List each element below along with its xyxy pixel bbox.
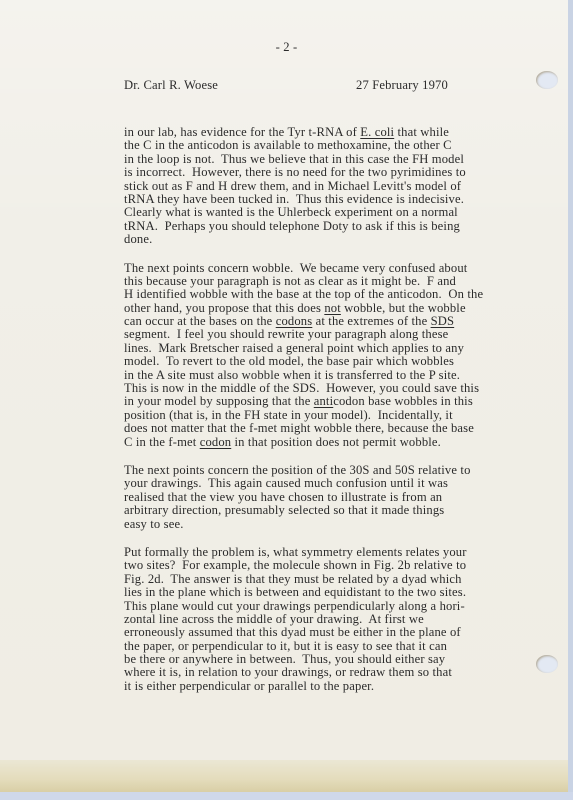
text-segment: in our lab, has evidence for the Tyr t-R… — [124, 125, 360, 139]
underlined-text: SDS — [431, 314, 455, 328]
text-segment: realised that the view you have chosen t… — [124, 490, 442, 504]
text-segment: arbitrary direction, presumably selected… — [124, 503, 444, 517]
text-segment: this because your paragraph is not as cl… — [124, 274, 456, 288]
page-fold-edge — [0, 760, 568, 792]
text-segment: in your model by supposing that the — [124, 394, 314, 408]
text-line: zontal line across the middle of your dr… — [124, 613, 524, 626]
text-segment: in that position does not permit wobble. — [231, 435, 441, 449]
text-line: This is now in the middle of the SDS. Ho… — [124, 382, 524, 395]
underlined-text: not — [324, 301, 341, 315]
text-line: erroneously assumed that this dyad must … — [124, 626, 524, 639]
text-line: tRNA. Perhaps you should telephone Doty … — [124, 220, 524, 233]
text-line: lies in the plane which is between and e… — [124, 586, 524, 599]
text-segment: erroneously assumed that this dyad must … — [124, 625, 461, 639]
text-line: Fig. 2d. The answer is that they must be… — [124, 573, 524, 586]
text-segment: where it is, in relation to your drawing… — [124, 665, 452, 679]
text-segment: be there or anywhere in between. Thus, y… — [124, 652, 445, 666]
underlined-text: E. coli — [360, 125, 394, 139]
text-segment: The next points concern the position of … — [124, 463, 471, 477]
text-segment: that while — [394, 125, 449, 139]
underlined-text: codon — [200, 435, 232, 449]
text-line: done. — [124, 233, 524, 246]
text-line: can occur at the bases on the codons at … — [124, 315, 524, 328]
text-segment: two sites? For example, the molecule sho… — [124, 558, 466, 572]
text-segment: tRNA. Perhaps you should telephone Doty … — [124, 219, 460, 233]
text-line: in our lab, has evidence for the Tyr t-R… — [124, 126, 524, 139]
scan-background-right — [568, 0, 573, 800]
scan-background-bottom — [0, 792, 573, 800]
paragraph: The next points concern the position of … — [124, 464, 524, 531]
letter-page: - 2 - Dr. Carl R. Woese 27 February 1970… — [0, 0, 568, 790]
letter-date: 27 February 1970 — [356, 78, 448, 93]
text-line: does not matter that the f-met might wob… — [124, 422, 524, 435]
text-line: position (that is, in the FH state in yo… — [124, 409, 524, 422]
text-line: easy to see. — [124, 518, 524, 531]
underlined-text: anti — [314, 394, 334, 408]
text-segment: easy to see. — [124, 517, 184, 531]
text-segment: H identified wobble with the base at the… — [124, 287, 483, 301]
text-segment: position (that is, in the FH state in yo… — [124, 408, 453, 422]
text-line: two sites? For example, the molecule sho… — [124, 559, 524, 572]
text-line: The next points concern wobble. We becam… — [124, 262, 524, 275]
text-segment: C in the f-met — [124, 435, 200, 449]
text-segment: stick out as F and H drew them, and in M… — [124, 179, 461, 193]
text-segment: done. — [124, 232, 152, 246]
text-segment: segment. I feel you should rewrite your … — [124, 327, 448, 341]
underlined-text: codons — [276, 314, 313, 328]
text-line: this because your paragraph is not as cl… — [124, 275, 524, 288]
text-line: model. To revert to the old model, the b… — [124, 355, 524, 368]
letter-body: in our lab, has evidence for the Tyr t-R… — [124, 126, 524, 708]
text-line: other hand, you propose that this does n… — [124, 302, 524, 315]
text-segment: This plane would cut your drawings perpe… — [124, 599, 465, 613]
recipient-name: Dr. Carl R. Woese — [124, 78, 218, 93]
text-line: This plane would cut your drawings perpe… — [124, 600, 524, 613]
text-segment: This is now in the middle of the SDS. Ho… — [124, 381, 479, 395]
text-segment: Clearly what is wanted is the Uhlerbeck … — [124, 205, 458, 219]
text-segment: tRNA they have been tucked in. Thus this… — [124, 192, 464, 206]
text-segment: model. To revert to the old model, the b… — [124, 354, 454, 368]
text-line: segment. I feel you should rewrite your … — [124, 328, 524, 341]
text-line: in your model by supposing that the anti… — [124, 395, 524, 408]
text-line: is incorrect. However, there is no need … — [124, 166, 524, 179]
text-segment: is incorrect. However, there is no need … — [124, 165, 466, 179]
punch-hole-bottom — [536, 655, 558, 673]
text-segment: lies in the plane which is between and e… — [124, 585, 466, 599]
text-segment: it is either perpendicular or parallel t… — [124, 679, 374, 693]
paragraph: The next points concern wobble. We becam… — [124, 262, 524, 449]
text-segment: does not matter that the f-met might wob… — [124, 421, 474, 435]
text-line: Put formally the problem is, what symmet… — [124, 546, 524, 559]
paragraph: Put formally the problem is, what symmet… — [124, 546, 524, 693]
text-line: arbitrary direction, presumably selected… — [124, 504, 524, 517]
text-segment: your drawings. This again caused much co… — [124, 476, 448, 490]
text-line: lines. Mark Bretscher raised a general p… — [124, 342, 524, 355]
text-line: in the A site must also wobble when it i… — [124, 369, 524, 382]
text-line: tRNA they have been tucked in. Thus this… — [124, 193, 524, 206]
text-segment: in the loop is not. Thus we believe that… — [124, 152, 464, 166]
text-segment: the C in the anticodon is available to m… — [124, 138, 452, 152]
text-line: it is either perpendicular or parallel t… — [124, 680, 524, 693]
text-segment: zontal line across the middle of your dr… — [124, 612, 424, 626]
text-line: C in the f-met codon in that position do… — [124, 436, 524, 449]
punch-hole-top — [536, 71, 558, 89]
text-segment: can occur at the bases on the — [124, 314, 276, 328]
text-line: stick out as F and H drew them, and in M… — [124, 180, 524, 193]
text-segment: the paper, or perpendicular to it, but i… — [124, 639, 447, 653]
text-line: Clearly what is wanted is the Uhlerbeck … — [124, 206, 524, 219]
page-number: - 2 - — [0, 40, 573, 55]
text-line: the C in the anticodon is available to m… — [124, 139, 524, 152]
text-line: the paper, or perpendicular to it, but i… — [124, 640, 524, 653]
text-segment: at the extremes of the — [312, 314, 430, 328]
text-segment: wobble, but the wobble — [341, 301, 466, 315]
text-line: where it is, in relation to your drawing… — [124, 666, 524, 679]
text-segment: Put formally the problem is, what symmet… — [124, 545, 467, 559]
text-line: realised that the view you have chosen t… — [124, 491, 524, 504]
text-segment: other hand, you propose that this does — [124, 301, 324, 315]
text-line: your drawings. This again caused much co… — [124, 477, 524, 490]
text-line: in the loop is not. Thus we believe that… — [124, 153, 524, 166]
paragraph: in our lab, has evidence for the Tyr t-R… — [124, 126, 524, 247]
text-segment: codon base wobbles in this — [333, 394, 473, 408]
text-line: be there or anywhere in between. Thus, y… — [124, 653, 524, 666]
text-segment: The next points concern wobble. We becam… — [124, 261, 467, 275]
text-line: H identified wobble with the base at the… — [124, 288, 524, 301]
text-segment: Fig. 2d. The answer is that they must be… — [124, 572, 462, 586]
text-line: The next points concern the position of … — [124, 464, 524, 477]
text-segment: lines. Mark Bretscher raised a general p… — [124, 341, 464, 355]
text-segment: in the A site must also wobble when it i… — [124, 368, 460, 382]
